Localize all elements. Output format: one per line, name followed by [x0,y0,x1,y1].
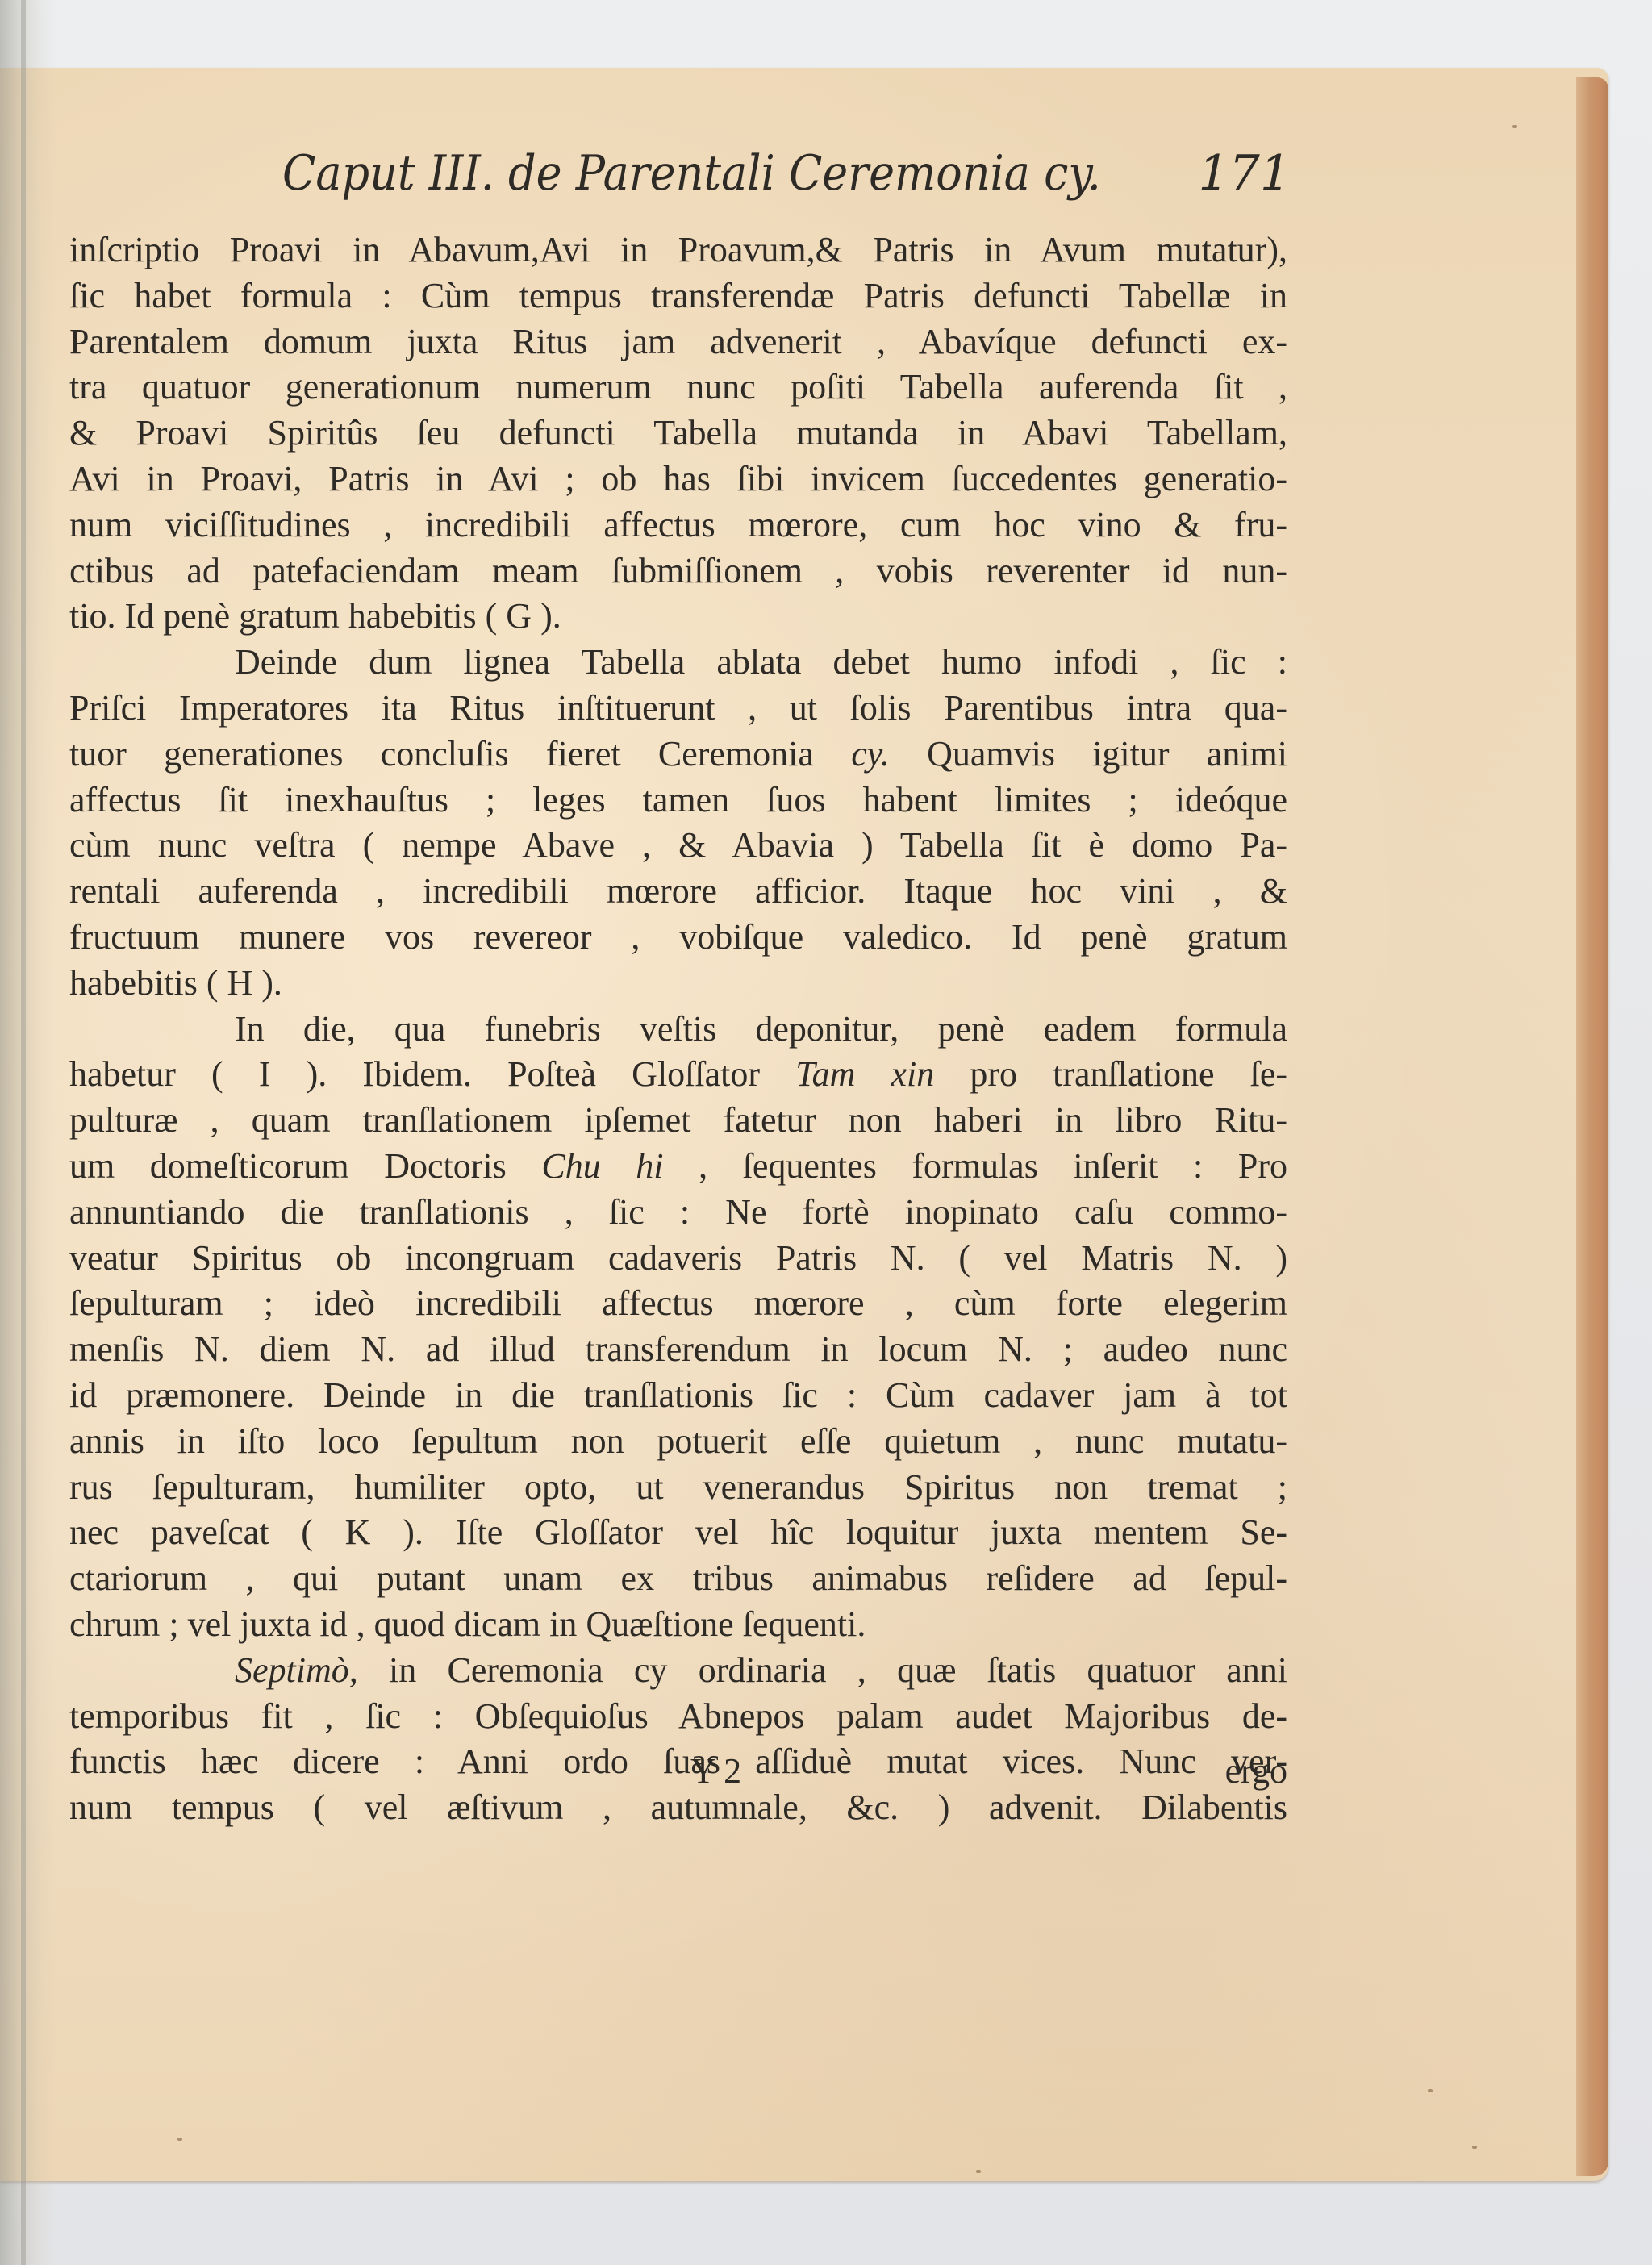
text-line: tra quatuor generationum numerum nunc po… [69,365,1287,411]
text-line: nec paveſcat ( K ). Iſte Gloſſator vel h… [69,1510,1287,1556]
text-line: num viciſſitudines , incredibili affectu… [69,503,1287,549]
text-line: cùm nunc veſtra ( nempe Abave , & Abavia… [69,823,1287,869]
running-head: Caput III. de Parentali Ceremonia cy. 17… [282,145,1291,210]
text-line: Parentalem domum juxta Ritus jam advener… [69,319,1287,365]
catchword: ergo [1225,1750,1287,1792]
gutter-shadow [0,0,56,2265]
text-line: tuor generationes concluſis fieret Cerem… [69,732,1287,778]
text-line: habetur ( I ). Ibidem. Poſteà Gloſſator … [69,1052,1287,1098]
paragraph-first-line: In die, qua funebris veſtis deponitur, p… [69,1007,1287,1053]
paper-speck [1428,2089,1433,2092]
text-line: habebitis ( H ). [69,961,1287,1007]
page-number: 171 [1198,145,1291,202]
text-line: menſis N. diem N. ad illud transferendum… [69,1327,1287,1373]
italic-term: Chu hi [541,1146,663,1186]
text-line: fructuum munere vos revereor , vobiſque … [69,915,1287,961]
text-line: rus ſepulturam, humiliter opto, ut vener… [69,1465,1287,1511]
text-line: ſepulturam ; ideò incredibili affectus m… [69,1281,1287,1327]
paper-speck [1512,125,1517,128]
text-line: chrum ; vel juxta id , quod dicam in Quæ… [69,1602,1287,1648]
paper-speck [976,2170,981,2173]
paper-speck [177,2138,182,2141]
text-line: inſcriptio Proavi in Abavum,Avi in Proav… [69,227,1287,273]
body-text: inſcriptio Proavi in Abavum,Avi in Proav… [69,227,1287,1831]
text-line: & Proavi Spiritûs ſeu defuncti Tabella m… [69,411,1287,457]
page-fore-edge [1576,77,1608,2176]
text-line: annuntiando die tranſlationis , ſic : Ne… [69,1190,1287,1236]
gutter-fold-line [21,0,26,2265]
paragraph-first-line: Deinde dum lignea Tabella ablata debet h… [69,640,1287,686]
text-line: ctibus ad patefaciendam meam ſubmiſſione… [69,549,1287,594]
text-line: affectus ſit inexhauſtus ; leges tamen ſ… [69,778,1287,824]
text-line: pulturæ , quam tranſlationem ipſemet fat… [69,1098,1287,1144]
text-line: temporibus fit , ſic : Obſequioſus Abnep… [69,1694,1287,1740]
text-line: um domeſticorum Doctoris Chu hi , ſequen… [69,1144,1287,1190]
running-head-title: Caput III. de Parentali Ceremonia cy. [282,145,1101,202]
text-line: rentali auferenda , incredibili mœrore a… [69,869,1287,915]
italic-term: Tam xin [795,1054,934,1094]
text-line: Priſci Imperatores ita Ritus inſtituerun… [69,686,1287,732]
text-line: id præmonere. Deinde in die tranſlationi… [69,1373,1287,1419]
text-line: veatur Spiritus ob incongruam cadaveris … [69,1236,1287,1282]
text-line: Avi in Proavi, Patris in Avi ; ob has ſi… [69,457,1287,503]
paragraph-first-line: Septimò, in Ceremonia cy ordinaria , quæ… [69,1648,1287,1694]
paper-speck [1472,2146,1477,2149]
signature-mark: Y 2 [690,1750,741,1792]
text-line: ctariorum , qui putant unam ex tribus an… [69,1556,1287,1602]
text-line: tio. Id penè gratum habebitis ( G ). [69,594,1287,640]
text-line: annis in iſto loco ſepultum non potuerit… [69,1419,1287,1465]
italic-term: cy. [851,734,890,774]
text-line: ſic habet formula : Cùm tempus transfere… [69,273,1287,319]
italic-term: Septimò, [235,1650,358,1690]
page-footer: Y 2 ergo [69,1750,1287,1799]
